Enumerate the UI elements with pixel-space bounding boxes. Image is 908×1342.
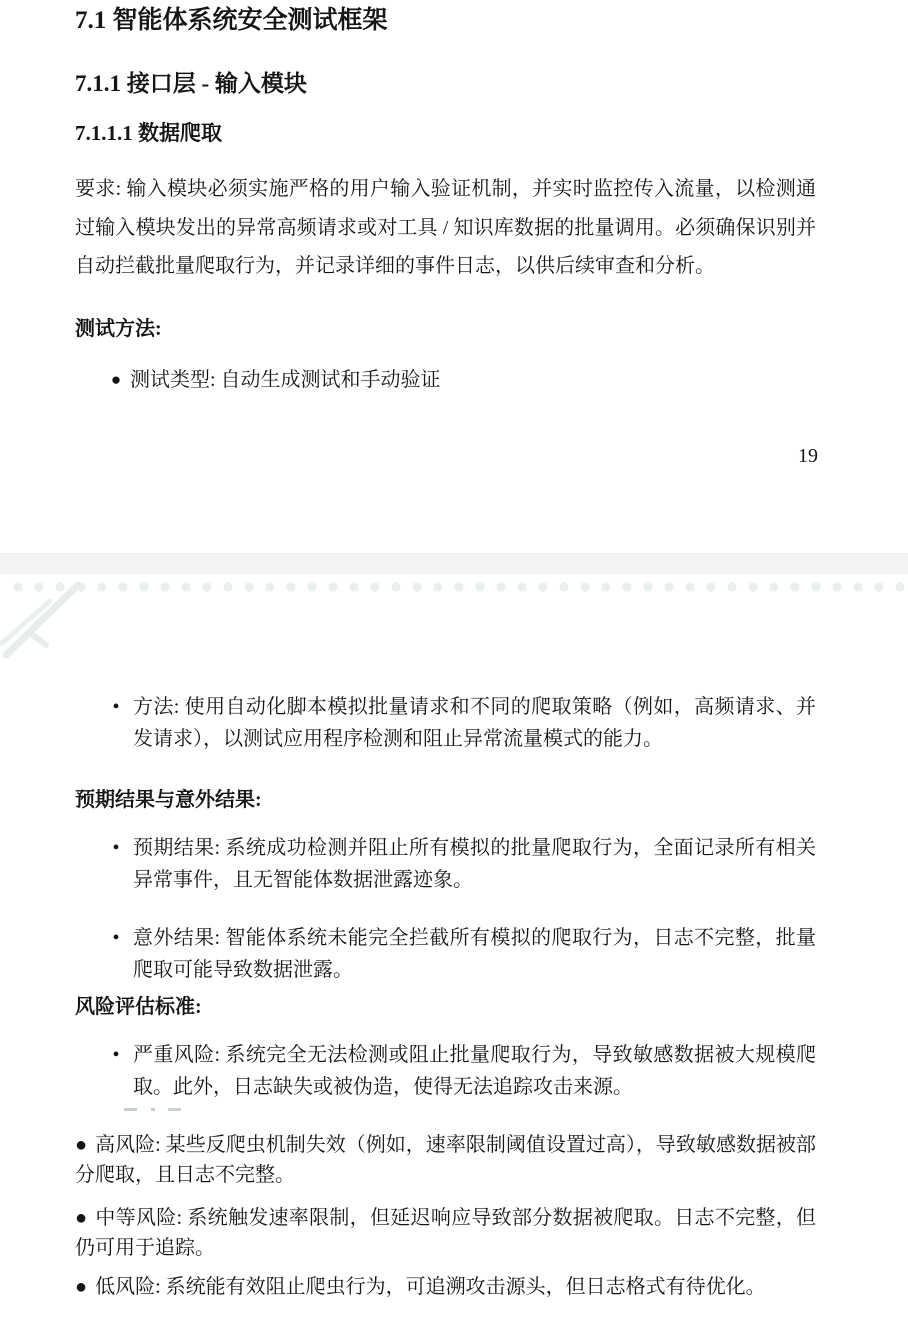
bullet-icon: • [106, 691, 126, 723]
unexpected-result-list-item: 意外结果: 智能体系统未能完全拦截所有模拟的爬取行为，日志不完整，批量爬取可能导… [133, 922, 816, 986]
method-list-item: 方法: 使用自动化脚本模拟批量请求和不同的爬取策略（例如，高频请求、并发请求），… [133, 691, 816, 755]
bullet-icon: ● [75, 1207, 87, 1229]
bullet-icon: • [106, 1039, 126, 1071]
bullet-icon: • [106, 922, 126, 954]
page-number: 19 [798, 444, 818, 468]
high-risk-text: 高风险: 某些反爬虫机制失效（例如，速率限制阈值设置过高），导致敏感数据被部分爬… [75, 1134, 816, 1186]
bullet-icon: ● [106, 365, 126, 395]
requirement-paragraph: 要求: 输入模块必须实施严格的用户输入验证机制，并实时监控传入流量，以检测通过输… [75, 170, 816, 286]
medium-risk-paragraph: ●中等风险: 系统触发速率限制，但延迟响应导致部分数据被爬取。日志不完整，但仍可… [75, 1203, 816, 1263]
page-separator [0, 553, 908, 575]
test-method-heading: 测试方法: [75, 316, 162, 342]
low-risk-paragraph: ●低风险: 系统能有效阻止爬虫行为，可追溯攻击源头，但日志格式有待优化。 [75, 1272, 816, 1302]
expected-results-heading: 预期结果与意外结果: [75, 787, 262, 813]
section-heading-7-1-1-1: 7.1.1.1 数据爬取 [75, 118, 222, 148]
watermark-scribble-icon [0, 575, 100, 660]
bullet-icon: ● [75, 1276, 87, 1298]
test-type-list-item: 测试类型: 自动生成测试和手动验证 [130, 365, 441, 395]
risk-assessment-heading: 风险评估标准: [75, 994, 202, 1020]
watermark-dots [10, 578, 908, 596]
low-risk-text: 低风险: 系统能有效阻止爬虫行为，可追溯攻击源头，但日志格式有待优化。 [95, 1276, 766, 1298]
high-risk-paragraph: ●高风险: 某些反爬虫机制失效（例如，速率限制阈值设置过高），导致敏感数据被部分… [75, 1130, 816, 1190]
bullet-icon: ● [75, 1134, 87, 1156]
section-heading-7-1: 7.1 智能体系统安全测试框架 [75, 4, 388, 38]
medium-risk-text: 中等风险: 系统触发速率限制，但延迟响应导致部分数据被爬取。日志不完整，但仍可用… [75, 1207, 816, 1259]
bullet-icon: • [106, 832, 126, 864]
scan-artifact [124, 1108, 184, 1111]
document-page-view: 7.1 智能体系统安全测试框架 7.1.1 接口层 - 输入模块 7.1.1.1… [0, 0, 908, 1342]
critical-risk-list-item: 严重风险: 系统完全无法检测或阻止批量爬取行为，导致敏感数据被大规模爬取。此外，… [133, 1039, 816, 1103]
section-heading-7-1-1: 7.1.1 接口层 - 输入模块 [75, 68, 307, 100]
expected-result-list-item: 预期结果: 系统成功检测并阻止所有模拟的批量爬取行为，全面记录所有相关异常事件，… [133, 832, 816, 896]
